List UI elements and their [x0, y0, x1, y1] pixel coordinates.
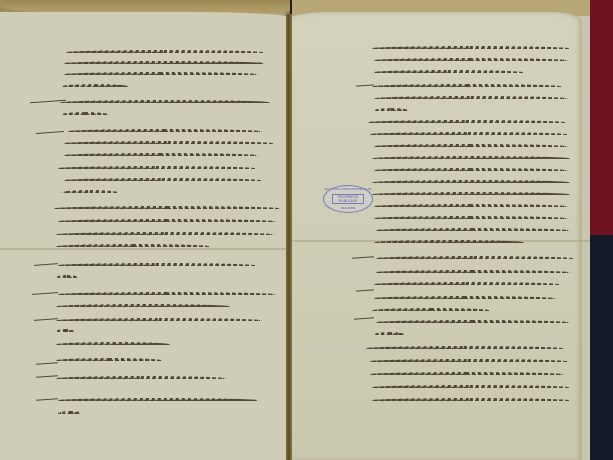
ink-scrawl: [374, 256, 574, 261]
handwritten-line: [56, 240, 210, 250]
ink-scrawl: [62, 84, 128, 89]
ink-scrawl: [372, 144, 568, 149]
ink-scrawl: [372, 282, 560, 287]
ink-scrawl: [370, 398, 570, 403]
ink-scrawl: [56, 304, 230, 309]
ink-scrawl: [368, 132, 568, 137]
handwritten-line: [56, 215, 276, 225]
stamp-ring-text: ARCHIVES DEPARTEMENTALES: [324, 187, 372, 191]
handwritten-line: [364, 342, 564, 352]
ink-scrawl: [56, 232, 274, 237]
handwritten-line: [56, 372, 226, 382]
ink-scrawl: [374, 228, 570, 233]
ink-scrawl: [372, 192, 570, 197]
handwritten-line: [56, 325, 74, 335]
ink-scrawl: [56, 358, 162, 363]
handwritten-line: [374, 224, 570, 234]
ink-scrawl: [374, 96, 568, 101]
ink-scrawl: [56, 275, 78, 280]
ink-scrawl: [56, 166, 256, 171]
handwritten-line: [56, 259, 256, 269]
handwritten-line: [366, 116, 566, 126]
ink-scrawl: [56, 376, 226, 381]
handwritten-line: [372, 176, 570, 186]
handwritten-line: [370, 381, 570, 391]
handwritten-line: [62, 174, 262, 184]
ink-scrawl: [62, 153, 258, 158]
handwritten-line: [374, 316, 570, 326]
handwritten-line: [372, 152, 570, 162]
ink-scrawl: [66, 129, 262, 134]
handwritten-line: [370, 394, 570, 404]
handwritten-line: [62, 108, 108, 118]
handwritten-line: [56, 354, 162, 364]
handwritten-line: [368, 368, 564, 378]
handwritten-line: [56, 288, 276, 298]
ink-scrawl: [56, 342, 170, 347]
ink-scrawl: [372, 84, 562, 89]
ink-scrawl: [366, 120, 566, 125]
handwritten-line: [56, 228, 274, 238]
handwritten-line: [62, 137, 274, 147]
ink-scrawl: [372, 168, 568, 173]
ink-scrawl: [56, 244, 210, 249]
handwritten-line: [372, 292, 556, 302]
handwritten-line: [62, 149, 258, 159]
book-gutter: [286, 14, 292, 460]
handwritten-line: [372, 66, 524, 76]
ink-scrawl: [62, 141, 274, 146]
ink-scrawl: [372, 58, 568, 63]
ink-scrawl: [374, 320, 570, 325]
stamp-bottom-text: BAS-RHIN: [324, 206, 372, 210]
ink-scrawl: [56, 329, 74, 334]
ink-scrawl: [62, 178, 262, 183]
ink-scrawl: [56, 263, 256, 268]
ink-scrawl: [368, 359, 568, 364]
handwritten-line: [372, 200, 568, 210]
ink-scrawl: [374, 240, 524, 245]
ink-scrawl: [62, 72, 258, 77]
ink-scrawl: [372, 216, 568, 221]
ink-scrawl: [372, 70, 524, 75]
handwritten-line: [56, 300, 230, 310]
handwritten-line: [372, 164, 568, 174]
handwritten-line: [372, 80, 562, 90]
handwritten-line: [64, 46, 264, 56]
handwritten-line: [62, 68, 258, 78]
handwritten-line: [372, 140, 568, 150]
ink-scrawl: [372, 296, 556, 301]
handwritten-line: [374, 104, 408, 114]
handwritten-line: [56, 338, 170, 348]
ink-scrawl: [372, 204, 568, 209]
ink-scrawl: [58, 411, 82, 416]
handwritten-line: [56, 314, 262, 324]
ink-scrawl: [368, 372, 564, 377]
handwritten-line: [372, 54, 568, 64]
handwritten-line: [372, 304, 490, 314]
archive-stamp: ARCHIVES DEPARTEMENTALES PROPRIETE PUBLI…: [323, 185, 373, 213]
handwritten-line: [370, 42, 570, 52]
handwritten-line: [62, 57, 266, 67]
ink-scrawl: [372, 156, 570, 161]
ink-scrawl: [370, 46, 570, 51]
ink-scrawl: [62, 61, 266, 66]
ink-scrawl: [372, 308, 490, 313]
handwritten-line: [368, 355, 568, 365]
ink-scrawl: [374, 270, 570, 275]
handwritten-line: [368, 128, 568, 138]
handwritten-line: [374, 328, 404, 338]
ink-scrawl: [64, 50, 264, 55]
ink-scrawl: [372, 180, 570, 185]
handwritten-line: [62, 80, 128, 90]
ink-scrawl: [56, 219, 276, 224]
handwritten-line: [56, 394, 260, 404]
handwritten-line: [54, 202, 280, 212]
handwritten-line: [374, 252, 574, 262]
ink-scrawl: [364, 346, 564, 351]
ink-scrawl: [60, 100, 270, 105]
handwritten-line: [374, 92, 568, 102]
ink-scrawl: [370, 385, 570, 390]
ink-scrawl: [374, 332, 404, 337]
handwritten-line: [374, 266, 570, 276]
handwritten-line: [58, 407, 82, 417]
handwritten-line: [66, 125, 262, 135]
stamp-center-text: PROPRIETE PUBLIQUE: [332, 194, 364, 204]
handwritten-line: [372, 188, 570, 198]
handwritten-line: [56, 162, 256, 172]
handwritten-line: [56, 271, 78, 281]
ink-scrawl: [56, 292, 276, 297]
ink-scrawl: [62, 190, 118, 195]
handwritten-line: [372, 278, 560, 288]
handwritten-line: [372, 212, 568, 222]
ink-scrawl: [54, 206, 280, 211]
handwritten-line: [60, 96, 270, 106]
handwritten-line: [374, 236, 524, 246]
handwritten-line: [62, 186, 118, 196]
ink-scrawl: [56, 398, 260, 403]
ink-scrawl: [374, 108, 408, 113]
ink-scrawl: [62, 112, 108, 117]
ink-scrawl: [56, 318, 262, 323]
